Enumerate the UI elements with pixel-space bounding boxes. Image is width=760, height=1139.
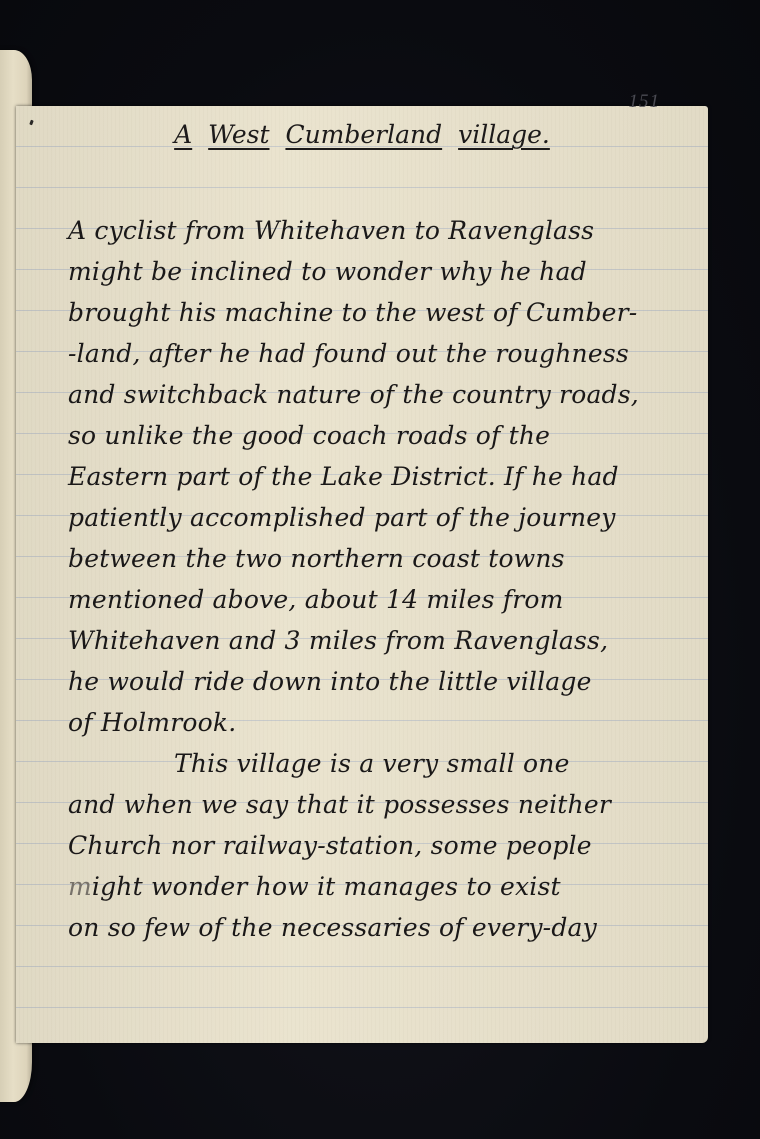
page-number: 151: [629, 91, 661, 113]
text-line: of Holmrook.: [68, 702, 698, 743]
text-line: and switchback nature of the country roa…: [68, 374, 698, 415]
text-line: on so few of the necessaries of every-da…: [68, 907, 698, 948]
handwritten-body: A cyclist from Whitehaven to Ravenglass …: [68, 210, 698, 948]
page-title: A West Cumberland village.: [16, 120, 708, 149]
text-line: Church nor railway-station, some people: [68, 825, 698, 866]
text-line: mentioned above, about 14 miles from: [68, 579, 698, 620]
title-word: village.: [458, 120, 550, 149]
text-line: so unlike the good coach roads of the: [68, 415, 698, 456]
text-line: might wonder how it manages to exist: [68, 866, 698, 907]
text-line: between the two northern coast towns: [68, 538, 698, 579]
text-line: brought his machine to the west of Cumbe…: [68, 292, 698, 333]
text-line: A cyclist from Whitehaven to Ravenglass: [68, 210, 698, 251]
title-word: Cumberland: [285, 120, 442, 149]
title-word: A: [174, 120, 192, 149]
text-line: he would ride down into the little villa…: [68, 661, 698, 702]
text-line: This village is a very small one: [68, 743, 698, 784]
text-line: Eastern part of the Lake District. If he…: [68, 456, 698, 497]
text-line: patiently accomplished part of the journ…: [68, 497, 698, 538]
title-word: West: [208, 120, 269, 149]
text-line: might be inclined to wonder why he had: [68, 251, 698, 292]
text-line: -land, after he had found out the roughn…: [68, 333, 698, 374]
notebook-page: 151 A West Cumberland village. A cyclist…: [16, 106, 708, 1043]
text-line: Whitehaven and 3 miles from Ravenglass,: [68, 620, 698, 661]
text-line: and when we say that it possesses neithe…: [68, 784, 698, 825]
